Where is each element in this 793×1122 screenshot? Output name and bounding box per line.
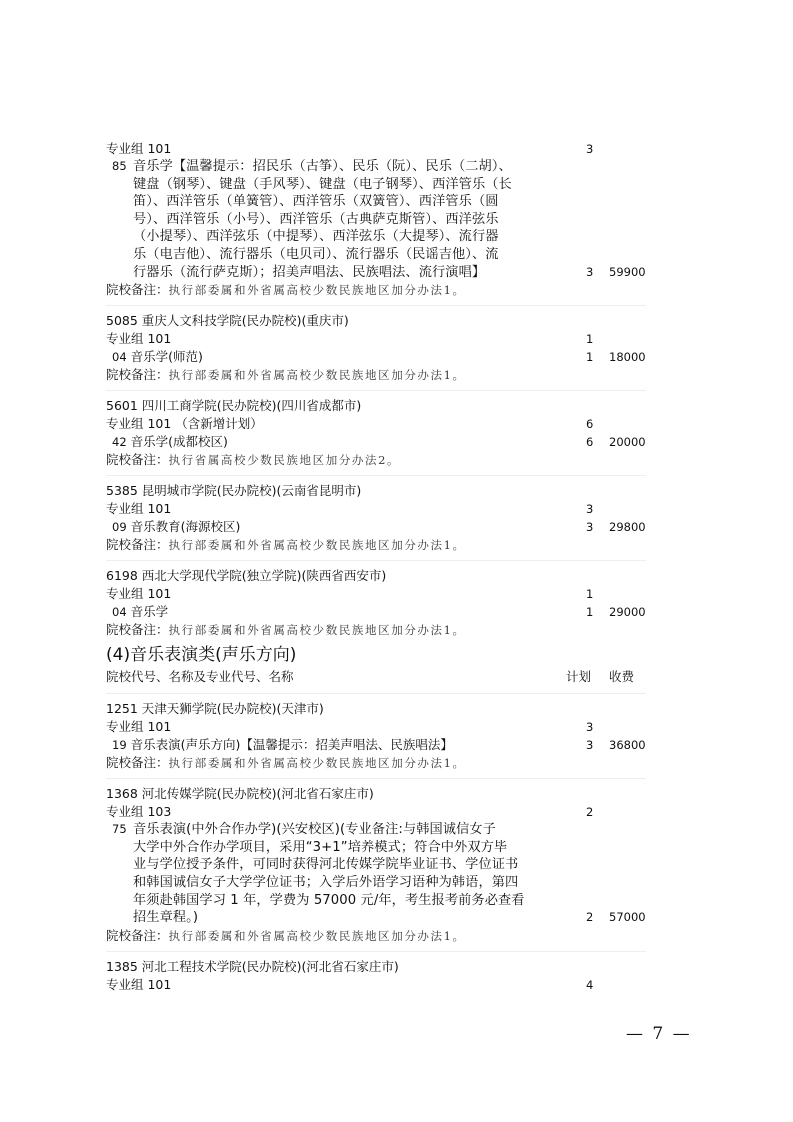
major-code: 42: [112, 435, 127, 449]
major-text-line: 音乐表演(中外合作办学)(兴安校区)(专业备注:与韩国诚信女子: [133, 821, 496, 839]
major-text-line: 号）、西洋管乐（小号）、西洋管乐（古典萨克斯管）、西洋弦乐: [133, 211, 499, 229]
column-header-fee: 收费: [609, 667, 634, 687]
major-item: 04 音乐学(师范): [112, 348, 203, 366]
major-text-line: 业与学位授予条件，可同时获得河北传媒学院毕业证书、学位证书: [133, 856, 518, 874]
group-plan: 1: [586, 330, 606, 348]
group-plan: 4: [586, 976, 606, 994]
school-entry: 5601 四川工商学院(民办院校)(四川省成都市) 专业组 101 （含新增计划…: [106, 390, 646, 469]
school-entry: 5385 昆明城市学院(民办院校)(云南省昆明市) 专业组 1013 09 音乐…: [106, 475, 646, 554]
group-label: 专业组 101: [106, 330, 171, 348]
major-item: 19 音乐表演(声乐方向)【温馨提示：招美声唱法、民族唱法】: [112, 736, 453, 754]
school-header: 5601 四川工商学院(民办院校)(四川省成都市): [106, 397, 361, 415]
note-content: 执行部委属和外省属高校少数民族地区加分办法1。: [169, 368, 466, 382]
major-text-line: （小提琴）、西洋弦乐（中提琴）、西洋弦乐（大提琴）、流行器: [133, 228, 499, 246]
group-label: 专业组 101: [106, 718, 171, 736]
major-fee: 59900: [609, 264, 646, 282]
note-label: 院校备注：: [106, 622, 169, 637]
school-entry-continued: 专业组 101 3 85音乐学【温馨提示：招民乐（古筝）、民乐（阮）、民乐（二胡…: [106, 140, 646, 299]
major-name: 音乐教育(海源校区): [131, 519, 241, 534]
major-item: 04 音乐学: [112, 603, 168, 621]
major-item: 42 音乐学(成都校区): [112, 433, 228, 451]
major-item: 85音乐学【温馨提示：招民乐（古筝）、民乐（阮）、民乐（二胡）、 键盘（钢琴）、…: [106, 158, 646, 281]
school-header: 5385 昆明城市学院(民办院校)(云南省昆明市): [106, 482, 361, 500]
section-title: (4)音乐表演类(声乐方向): [106, 643, 646, 667]
note-content: 执行部委属和外省属高校少数民族地区加分办法1。: [169, 283, 466, 297]
column-header: 院校代号、名称及专业代号、名称 计划 收费: [106, 667, 646, 687]
page-number: — 7 —: [626, 1024, 692, 1044]
group-label: 专业组 101: [106, 500, 171, 518]
group-plan: 3: [586, 500, 606, 518]
major-code: 75: [112, 821, 127, 839]
major-text-line: 招生章程。): [133, 909, 198, 927]
group-label: 专业组 101: [106, 976, 171, 994]
major-name: 音乐学: [131, 604, 169, 619]
group-label: 专业组 101: [106, 585, 171, 603]
group-plan: 3: [586, 140, 606, 158]
document-page: 专业组 101 3 85音乐学【温馨提示：招民乐（古筝）、民乐（阮）、民乐（二胡…: [106, 140, 646, 994]
school-entry: 6198 西北大学现代学院(独立学院)(陕西省西安市) 专业组 1011 04 …: [106, 560, 646, 639]
note-content: 执行部委属和外省属高校少数民族地区加分办法1。: [169, 623, 466, 637]
school-entry: 1385 河北工程技术学院(民办院校)(河北省石家庄市) 专业组 1014: [106, 951, 646, 994]
group-label: 专业组 101 （含新增计划）: [106, 415, 263, 433]
major-text-line: 笛）、西洋管乐（单簧管）、西洋管乐（双簧管）、西洋管乐（圆: [133, 193, 499, 211]
major-text-line: 键盘（钢琴）、键盘（手风琴）、键盘（电子钢琴）、西洋管乐（长: [133, 176, 512, 194]
school-header: 1251 天津天狮学院(民办院校)(天津市): [106, 700, 324, 718]
note-label: 院校备注：: [106, 367, 169, 382]
major-text-line: 行器乐（流行萨克斯）；招美声唱法、民族唱法、流行演唱】: [133, 264, 485, 282]
note-content: 执行部委属和外省属高校少数民族地区加分办法1。: [169, 929, 466, 943]
major-code: 04: [112, 605, 127, 619]
major-text-line: 和韩国诚信女子大学学位证书；入学后外语学习语种为韩语，第四: [133, 874, 518, 892]
major-text-line: 乐（电吉他）、流行器乐（电贝司）、流行器乐（民谣吉他）、流: [133, 246, 499, 264]
group-label: 专业组 101: [106, 140, 171, 158]
group-plan: 1: [586, 585, 606, 603]
major-name: 音乐学(成都校区): [131, 434, 228, 449]
major-plan: 3: [586, 264, 593, 282]
major-fee: 57000: [609, 909, 646, 927]
note-label: 院校备注：: [106, 537, 169, 552]
note-label: 院校备注：: [106, 452, 169, 467]
major-fee: 29000: [609, 603, 646, 621]
note-content: 执行部委属和外省属高校少数民族地区加分办法1。: [169, 756, 466, 770]
column-header-plan: 计划: [566, 667, 591, 687]
major-plan: 2: [586, 909, 593, 927]
major-fee: 20000: [609, 433, 646, 451]
major-code: 09: [112, 520, 127, 534]
major-plan: 1: [586, 348, 606, 366]
note-label: 院校备注：: [106, 928, 169, 943]
note-label: 院校备注：: [106, 755, 169, 770]
major-code: 04: [112, 350, 127, 364]
major-text-line: 音乐学【温馨提示：招民乐（古筝）、民乐（阮）、民乐（二胡）、: [133, 158, 512, 176]
school-header: 5085 重庆人文科技学院(民办院校)(重庆市): [106, 312, 349, 330]
major-fee: 36800: [609, 736, 646, 754]
major-code: 85: [112, 158, 127, 176]
school-header: 1385 河北工程技术学院(民办院校)(河北省石家庄市): [106, 958, 399, 976]
major-fee: 18000: [609, 348, 646, 366]
school-header: 1368 河北传媒学院(民办院校)(河北省石家庄市): [106, 785, 374, 803]
major-item: 09 音乐教育(海源校区): [112, 518, 240, 536]
note-content: 执行省属高校少数民族地区加分办法2。: [169, 453, 401, 467]
school-entry: 5085 重庆人文科技学院(民办院校)(重庆市) 专业组 1011 04 音乐学…: [106, 305, 646, 384]
school-entry: 1251 天津天狮学院(民办院校)(天津市) 专业组 1013 19 音乐表演(…: [106, 693, 646, 772]
major-name: 音乐学(师范): [131, 349, 203, 364]
major-name: 音乐表演(声乐方向)【温馨提示：招美声唱法、民族唱法】: [131, 737, 453, 752]
group-plan: 2: [586, 803, 606, 821]
major-plan: 3: [586, 736, 606, 754]
school-entry: 1368 河北传媒学院(民办院校)(河北省石家庄市) 专业组 1032 75音乐…: [106, 778, 646, 945]
major-code: 19: [112, 738, 127, 752]
group-plan: 3: [586, 718, 606, 736]
school-header: 6198 西北大学现代学院(独立学院)(陕西省西安市): [106, 567, 386, 585]
major-item: 75音乐表演(中外合作办学)(兴安校区)(专业备注:与韩国诚信女子 大学中外合作…: [106, 821, 646, 927]
group-row: 专业组 101 3: [106, 140, 646, 158]
note-content: 执行部委属和外省属高校少数民族地区加分办法1。: [169, 538, 466, 552]
group-plan: 6: [586, 415, 606, 433]
school-note: 院校备注：执行部委属和外省属高校少数民族地区加分办法1。: [106, 281, 646, 299]
group-label: 专业组 103: [106, 803, 171, 821]
major-text-line: 大学中外合作办学项目，采用“3+1”培养模式；符合中外双方毕: [133, 839, 507, 857]
column-header-name: 院校代号、名称及专业代号、名称: [106, 669, 294, 684]
note-label: 院校备注：: [106, 282, 169, 297]
major-fee: 29800: [609, 518, 646, 536]
major-plan: 1: [586, 603, 606, 621]
major-plan: 3: [586, 518, 606, 536]
major-text-line: 年须赴韩国学习 1 年，学费为 57000 元/年，考生报考前务必查看: [133, 892, 525, 910]
major-plan: 6: [586, 433, 606, 451]
